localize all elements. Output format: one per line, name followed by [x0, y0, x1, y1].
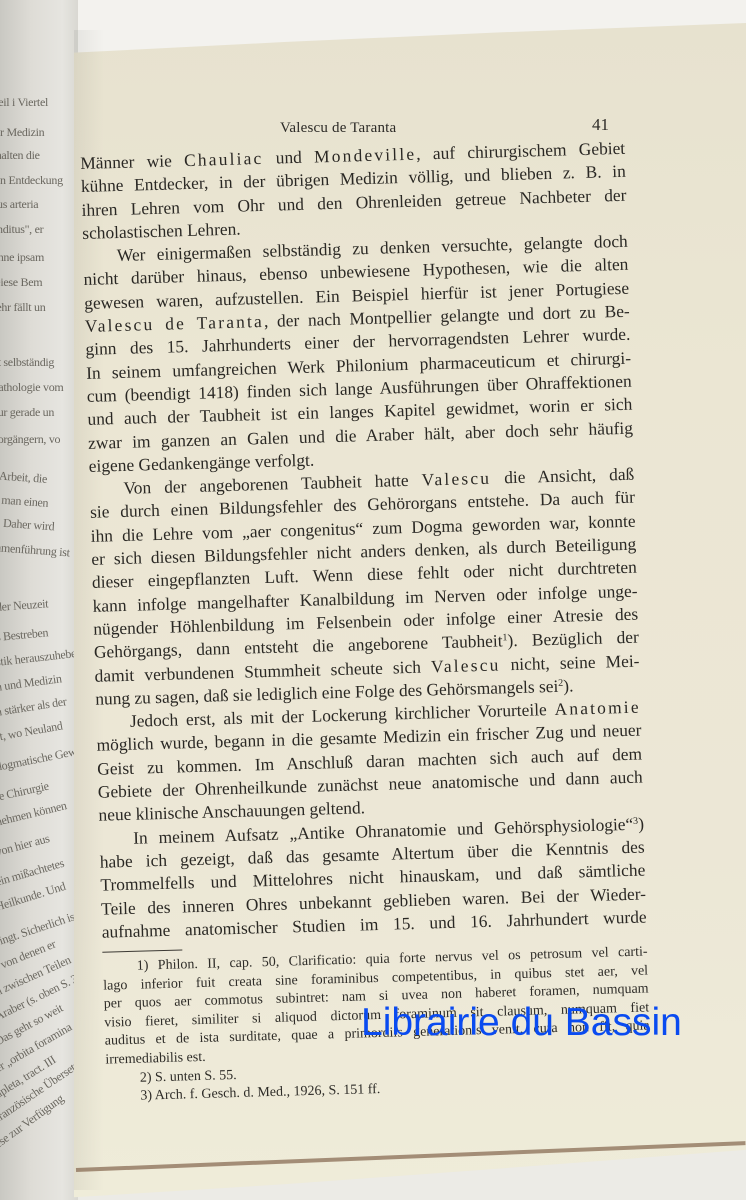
- facing-page-text: vorgängern, vo: [0, 432, 60, 447]
- spaced-name: Valescu de Taranta: [85, 311, 265, 336]
- facing-page-text: sehr fällt un: [0, 300, 45, 315]
- facing-page-text: n stärker als der: [0, 694, 68, 720]
- facing-page-left: Teil i Vierteller Medizinrhalten dieein …: [0, 0, 78, 1200]
- text-run: und: [263, 146, 314, 167]
- facing-page-text: Diese Bem: [0, 275, 42, 290]
- text-run: ). Bezüglich der: [507, 627, 639, 651]
- text-run: , auf chirurgischem Gebiet: [416, 138, 625, 164]
- facing-page-text: der Neuzeit: [0, 596, 49, 615]
- facing-page-text: e Arbeit, die: [0, 468, 47, 487]
- text-run: scholastischen Lehren.: [82, 218, 241, 242]
- facing-page-text: von hier aus: [0, 831, 51, 860]
- footnote-rule: [102, 950, 182, 953]
- body-text: Männer wie Chauliac und Mondeville, auf …: [80, 137, 651, 1108]
- facing-page-text: g. Daher wird: [0, 515, 55, 534]
- facing-page-text: nehmen können: [0, 798, 68, 830]
- facing-page-text: Pathologie vom: [0, 380, 63, 395]
- text-run: nicht, seine Mei-: [500, 650, 640, 674]
- spaced-name: Valescu: [421, 468, 491, 490]
- facing-page-text: enditus", er: [0, 222, 43, 237]
- main-paragraphs: Männer wie Chauliac und Mondeville, auf …: [80, 137, 647, 944]
- text-run: 2) S. unten S. 55.: [140, 1068, 237, 1086]
- facing-page-text: s Bestreben: [0, 625, 49, 645]
- facing-page-text: rt, wo Neuland: [0, 718, 64, 744]
- facing-page-text: rhalten die: [0, 148, 40, 163]
- spaced-name: Anatomie: [554, 697, 641, 719]
- facing-page-text: ein Entdeckung: [0, 173, 63, 188]
- text-run: ).: [563, 675, 574, 695]
- facing-page-text: stik herauszuheben: [0, 645, 78, 670]
- facing-page-text: rt man einen: [0, 492, 49, 511]
- facing-page-text: dogmatische Gewalt: [0, 742, 78, 775]
- text-run: Männer wie: [80, 150, 184, 173]
- running-head: Valescu de Taranta: [280, 120, 396, 137]
- facing-page-text: ohne ipsam: [0, 250, 44, 265]
- spaced-name: Chauliac: [184, 148, 264, 170]
- text-run: ): [638, 813, 644, 833]
- facing-page-text: ler Medizin: [0, 125, 44, 140]
- facing-page-text: gt selbständig: [0, 355, 54, 370]
- watermark: Librairie du Bassin: [361, 1001, 682, 1045]
- spaced-name: Valescu: [431, 654, 501, 676]
- page-number: 41: [592, 115, 609, 135]
- facing-page-text: nur gerade un: [0, 405, 54, 420]
- text-run: die Ansicht, daß: [491, 464, 635, 488]
- facing-page-text: mmenführung ist: [0, 540, 70, 560]
- facing-page-text: aus arteria: [0, 197, 38, 212]
- text-run: irremediabilis est.: [105, 1050, 206, 1068]
- facing-page-text: Teil i Viertel: [0, 95, 48, 110]
- facing-page-text: ie Chirurgie: [0, 779, 50, 805]
- facing-page-text: n und Medizin: [0, 671, 63, 695]
- spaced-name: Mondeville: [314, 144, 417, 167]
